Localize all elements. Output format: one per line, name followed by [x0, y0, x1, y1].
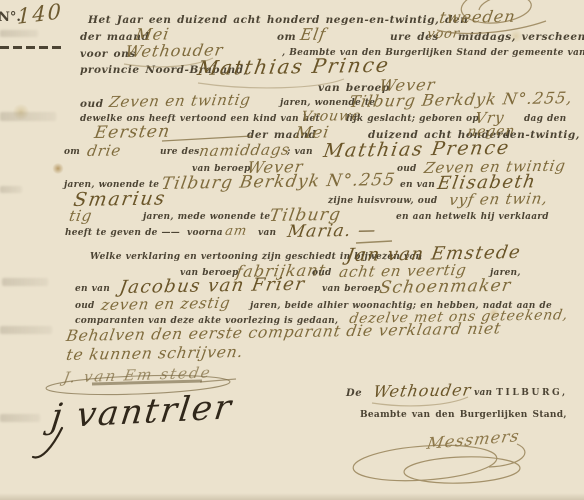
signature-witness2: j vantrler [49, 387, 235, 436]
bleedthrough-mark [2, 278, 48, 286]
official-signature-loop [404, 455, 521, 485]
hand-voor: voor [426, 27, 461, 42]
bleedthrough-mark [0, 112, 56, 121]
printed-ure-des2: ure des [160, 147, 199, 158]
printed-en-van2: en van [75, 284, 110, 295]
bleedthrough-mark [0, 326, 52, 334]
printed-dag-den: dag den [524, 114, 566, 125]
printed-van-tilburg: van TILBURG, [474, 388, 568, 399]
hand-hour: Elf [299, 26, 328, 44]
bleedthrough-mark [0, 30, 38, 37]
printed-om: om [277, 31, 296, 44]
printed-geslacht-geboren: lijk geslacht; geboren op [346, 114, 479, 125]
hand-day-of-month: tweeden [438, 8, 517, 27]
scan-edge-shadow [0, 493, 584, 500]
birth-day: Eersten [93, 123, 172, 143]
printed-voorna: voorna [187, 228, 223, 239]
mother-age-part1: vyf en twin, [448, 190, 549, 208]
printed-om2: om [64, 147, 80, 158]
printed-oud4: oud [75, 301, 95, 312]
printed-oud: oud [80, 98, 104, 111]
hand-am: am [224, 225, 248, 240]
father-name: Matthias Prince [196, 54, 392, 79]
printed-van2: van [258, 228, 276, 239]
printed-middags: middags, verscheen [458, 31, 584, 44]
printed-beambte-subtitle: Beambte van den Burgerlijken Stand, [360, 410, 567, 421]
bleedthrough-mark [0, 186, 22, 193]
birth-month: Mei [294, 123, 331, 141]
signature-witness1-struck: J. van Em stede [62, 363, 213, 386]
printed-hetwelk-verklaard: en aan hetwelk hij verklaard [396, 212, 549, 223]
child-name: Maria. — [286, 221, 378, 241]
birth-record-scan: N°. 140 Het Jaar een duizend acht honder… [0, 0, 584, 500]
ink-stain [52, 163, 64, 174]
witness2-occupation: Schoenmaker [378, 277, 513, 298]
mother-age-part2: tig [68, 208, 94, 225]
printed-huisvrouw: zijne huisvrouw, oud [328, 196, 437, 207]
printed-heeft-te-geven: heeft te geven de —— [65, 228, 180, 239]
witness2-age: zeven en zestig [100, 295, 232, 314]
birth-hour: drie [86, 142, 122, 159]
printed-en-van: en van [400, 180, 435, 191]
margin-rule [0, 46, 63, 49]
father-age: Zeven en twintig [108, 92, 252, 111]
printed-mede-wonende: jaren, mede wonende te [143, 212, 270, 223]
printed-van-beroep4: van beroep [322, 284, 381, 295]
signature-official: Messmers [426, 426, 521, 453]
printed-city-tilburg-2: TILBURG, [496, 388, 567, 398]
printed-en-twintig: -en-twintig, [505, 129, 580, 142]
printed-oud3: oud [312, 268, 332, 279]
printed-de: De [346, 388, 362, 400]
printed-oud2: oud [397, 164, 417, 175]
bleedthrough-mark [0, 414, 40, 422]
act-number: 140 [17, 0, 63, 29]
father-address-2: Tilburg Berkdyk N°.255 [160, 171, 397, 194]
hand-wethouder: Wethouder [372, 381, 473, 400]
hand-schrijven-clause: te kunnen schrijven. [65, 344, 245, 364]
father-address: Tilburg Berkdyk N°.255, [348, 89, 574, 110]
